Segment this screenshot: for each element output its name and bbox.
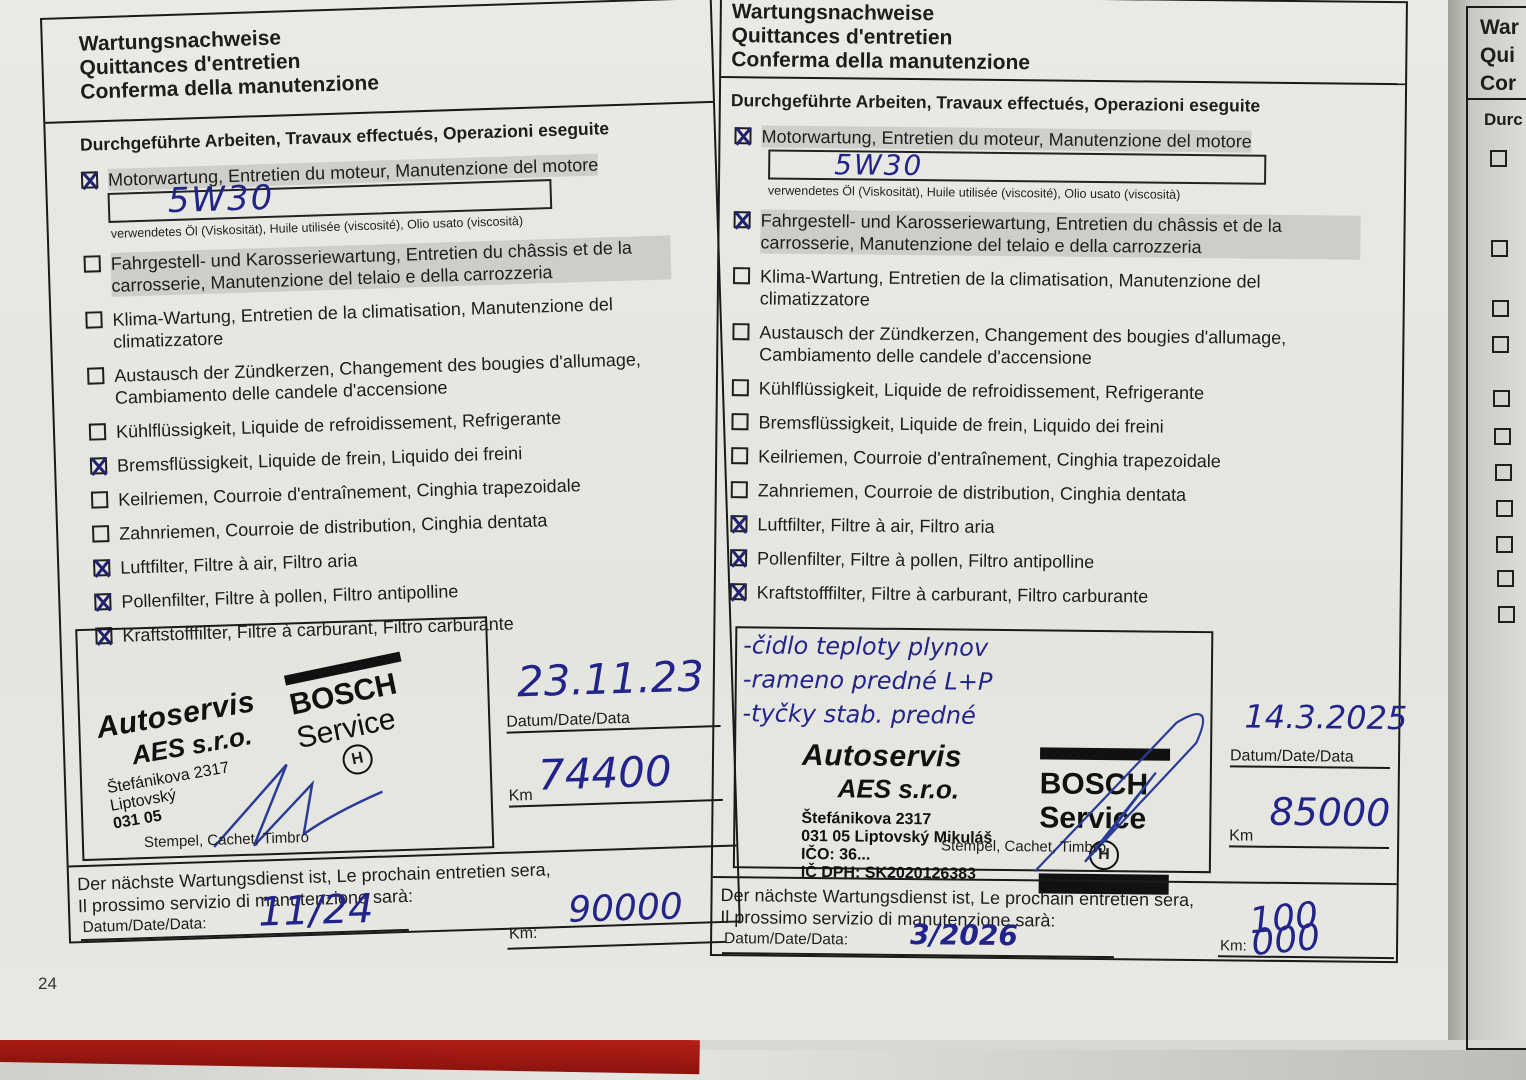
empty-checkbox-icon[interactable] (732, 379, 749, 396)
oil-viscosity-value: 5W30 (834, 148, 923, 182)
empty-checkbox-icon[interactable] (1493, 390, 1510, 407)
empty-checkbox-icon[interactable] (91, 491, 109, 509)
work-item-label: Keilriemen, Courroie d'entraînement, Cin… (758, 445, 1221, 472)
page-number: 24 (38, 974, 57, 994)
note-line: -čidlo teploty plynov (743, 628, 993, 665)
empty-checkbox-icon[interactable] (732, 323, 749, 340)
empty-checkbox-icon[interactable] (1495, 464, 1512, 481)
service-km-field: 85000 Km (1229, 801, 1389, 849)
checked-checkbox-icon[interactable] (94, 593, 112, 611)
note-line: -tyčky stab. predné (742, 696, 992, 733)
work-item: Klima-Wartung, Entretien de la climatisa… (51, 290, 720, 355)
workshop-stamp: Autoservis AES s.r.o. Štefánikova 2317 0… (801, 739, 994, 884)
next-date-value: 3/2026 (910, 924, 1018, 947)
work-item-label: Kühlflüssigkeit, Liquide de refroidissem… (116, 407, 562, 443)
work-item: Keilriemen, Courroie d'entraînement, Cin… (717, 445, 1401, 474)
checked-checkbox-icon[interactable] (93, 559, 111, 577)
work-item: Bremsflüssigkeit, Liquide de frein, Liqu… (717, 411, 1401, 440)
oil-viscosity-value: 5W30 (167, 178, 275, 221)
work-item-label: Luftfilter, Filtre à air, Filtro aria (757, 513, 994, 537)
next-date-label: Datum/Date/Data: (724, 928, 848, 951)
empty-checkbox-icon[interactable] (87, 367, 105, 385)
work-item: Austausch der Zündkerzen, Changement des… (53, 346, 722, 411)
stamp-company: Autoservis (802, 739, 994, 775)
empty-checkbox-icon[interactable] (733, 267, 750, 284)
work-item-label: Luftfilter, Filtre à air, Filtro aria (120, 549, 358, 578)
work-item-label: Zahnriemen, Courroie de distribution, Ci… (119, 509, 548, 544)
service-km-field: 74400 Km (508, 759, 723, 808)
empty-checkbox-icon[interactable] (1497, 570, 1514, 587)
stamp-area: -čidlo teploty plynov -rameno predné L+P… (733, 626, 1214, 873)
work-item: Kühlflüssigkeit, Liquide de refroidissem… (718, 377, 1402, 406)
work-item-label: Pollenfilter, Filtre à pollen, Filtro an… (757, 547, 1094, 573)
service-km-value: 74400 (537, 747, 672, 800)
empty-checkbox-icon[interactable] (1490, 150, 1507, 167)
empty-checkbox-icon[interactable] (731, 481, 748, 498)
checked-checkbox-icon[interactable] (734, 127, 751, 144)
service-date-value: 23.11.23 (516, 651, 704, 706)
work-item-label: Kühlflüssigkeit, Liquide de refroidissem… (759, 377, 1204, 404)
empty-checkbox-icon[interactable] (1496, 536, 1513, 553)
service-date-field: 23.11.23 Datum/Date/Data (505, 659, 721, 734)
work-performed-title: Durchgeführte Arbeiten, Travaux effectué… (721, 78, 1405, 120)
service-km-value: 85000 (1269, 790, 1390, 835)
work-item-label: Klima-Wartung, Entretien de la climatisa… (760, 265, 1360, 315)
empty-checkbox-icon[interactable] (1491, 240, 1508, 257)
note-line: -rameno predné L+P (743, 662, 993, 699)
checked-checkbox-icon[interactable] (730, 549, 747, 566)
oil-caption: verwendetes Öl (Viskosität), Huile utili… (720, 179, 1404, 204)
work-item: Pollenfilter, Filtre à pollen, Filtro an… (716, 547, 1400, 576)
next-date-value: 11/24 (258, 898, 374, 924)
empty-checkbox-icon[interactable] (1494, 428, 1511, 445)
next-km-value: 100 000 (1249, 898, 1398, 956)
empty-checkbox-icon[interactable] (1498, 606, 1515, 623)
checked-checkbox-icon[interactable] (730, 583, 747, 600)
empty-checkbox-icon[interactable] (89, 423, 107, 441)
work-item-label: Zahnriemen, Courroie de distribution, Ci… (758, 479, 1186, 505)
work-item: Fahrgestell- und Karosseriewartung, Entr… (719, 209, 1403, 260)
card-header: War Qui Cor (1468, 8, 1526, 100)
card-header: Wartungsnachweise Quittances d'entretien… (721, 0, 1406, 85)
work-item-label: Klima-Wartung, Entretien de la climatisa… (112, 291, 673, 353)
work-item-label: Bremsflüssigkeit, Liquide de frein, Liqu… (117, 442, 523, 477)
work-item: Zahnriemen, Courroie de distribution, Ci… (717, 479, 1401, 508)
work-item: Fahrgestell- und Karosseriewartung, Entr… (49, 234, 718, 299)
checked-checkbox-icon[interactable] (734, 211, 751, 228)
work-item-label: Pollenfilter, Filtre à pollen, Filtro an… (121, 580, 459, 613)
checked-checkbox-icon[interactable] (730, 515, 747, 532)
work-items-list: Motorwartung, Entretien du moteur, Manut… (47, 150, 730, 649)
empty-checkbox-icon[interactable] (1492, 336, 1509, 353)
work-performed-title: Durc (1468, 100, 1526, 130)
maintenance-record-card-1: Wartungsnachweise Quittances d'entretien… (40, 0, 741, 944)
next-km-label: Km: (509, 923, 538, 946)
empty-checkbox-icon[interactable] (731, 413, 748, 430)
maintenance-record-card-3-partial: War Qui Cor Durc (1466, 6, 1526, 1050)
service-date-field: 14.3.2025 Datum/Date/Data (1230, 701, 1391, 769)
next-km-value: 90000 (568, 896, 683, 922)
next-service-section: Der nächste Wartungsdienst ist, Le proch… (712, 876, 1397, 979)
stamp-caption: Stempel, Cachet, Timbro (941, 837, 1106, 856)
work-item: Luftfilter, Filtre à air, Filtro aria (716, 513, 1400, 542)
oil-viscosity-field[interactable]: 5W30 (768, 150, 1266, 185)
work-item-label: Austausch der Zündkerzen, Changement des… (759, 321, 1359, 371)
empty-checkbox-icon[interactable] (92, 525, 110, 543)
stamp-company-suffix: AES s.r.o. (838, 773, 994, 806)
checked-checkbox-icon[interactable] (81, 171, 99, 189)
work-item-label: Keilriemen, Courroie d'entraînement, Cin… (118, 474, 581, 511)
work-item: Klima-Wartung, Entretien de la climatisa… (719, 265, 1403, 316)
maintenance-record-card-2: Wartungsnachweise Quittances d'entretien… (710, 0, 1408, 963)
next-km-label: Km: (1220, 935, 1247, 957)
work-item: Kraftstofffilter, Filtre à carburant, Fi… (716, 581, 1400, 610)
work-item-label: Fahrgestell- und Karosseriewartung, Entr… (760, 209, 1360, 259)
empty-checkbox-icon[interactable] (85, 311, 103, 329)
empty-checkbox-icon[interactable] (731, 447, 748, 464)
work-item-label: Bremsflüssigkeit, Liquide de frein, Liqu… (758, 411, 1163, 437)
service-date-value: 14.3.2025 (1244, 698, 1407, 738)
handwritten-notes: -čidlo teploty plynov -rameno predné L+P… (742, 628, 993, 733)
work-item-label: Kraftstofffilter, Filtre à carburant, Fi… (757, 581, 1149, 607)
signature (1025, 701, 1227, 883)
work-item-label: Fahrgestell- und Karosseriewartung, Entr… (110, 235, 671, 297)
checked-checkbox-icon[interactable] (90, 457, 108, 475)
empty-checkbox-icon[interactable] (1492, 300, 1509, 317)
next-service-section: Der nächste Wartungsdienst ist, Le proch… (69, 845, 740, 962)
empty-checkbox-icon[interactable] (1496, 500, 1513, 517)
empty-checkbox-icon[interactable] (83, 255, 101, 273)
work-item: Austausch der Zündkerzen, Changement des… (718, 321, 1402, 372)
work-items-list: Motorwartung, Entretien du moteur, Manut… (716, 125, 1405, 610)
stamp-area: Autoservis AES s.r.o. Štefánikova 2317 L… (75, 616, 494, 861)
work-item-label: Austausch der Zündkerzen, Changement des… (114, 347, 675, 409)
